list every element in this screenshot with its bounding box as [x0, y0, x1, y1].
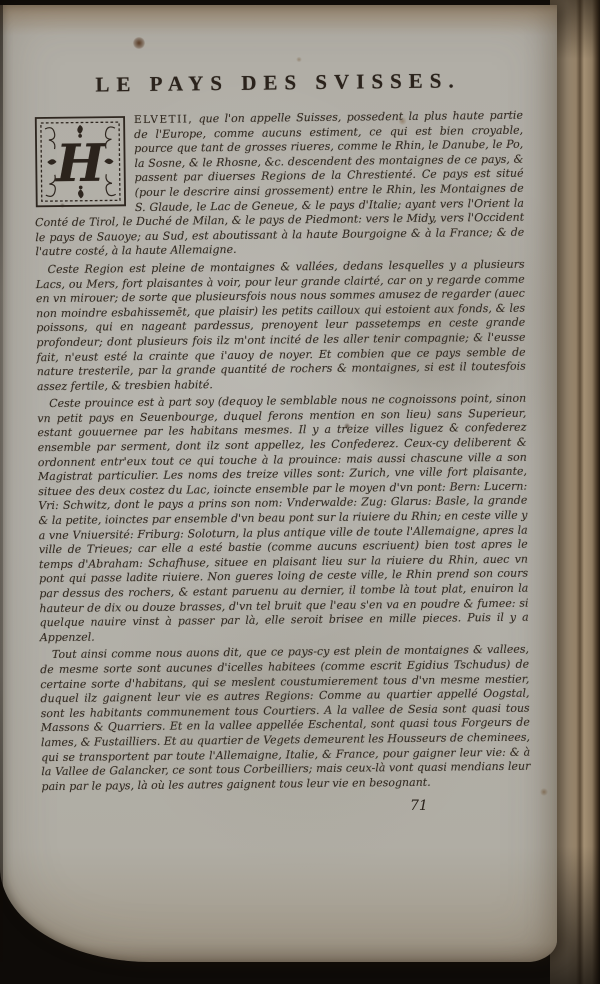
svg-text:H: H	[54, 134, 108, 195]
drop-cap-H-woodcut-initial: H	[34, 115, 127, 208]
page-title: LE PAYS DES SVISSES.	[0, 67, 557, 98]
body-paragraph: Ceste Region est pleine de montaignes & …	[36, 258, 526, 395]
book-photo: LE PAYS DES SVISSES.	[0, 0, 600, 984]
paragraph-text: Tout ainsi comme nous auons dit, que ce …	[40, 643, 530, 793]
body-paragraph: Ceste prouince est à part soy (dequoy le…	[37, 392, 529, 646]
lead-word: ELVETII,	[134, 113, 193, 126]
book-page: LE PAYS DES SVISSES.	[0, 5, 557, 962]
paragraph-text: Ceste Region est pleine de montaignes & …	[36, 258, 526, 393]
body-text: H ELVETII, que l'on appelle Suisses, pos…	[34, 109, 531, 795]
paragraph-text: Ceste prouince est à part soy (dequoy le…	[37, 392, 528, 644]
page-number: 71	[410, 798, 428, 814]
page-content: LE PAYS DES SVISSES.	[0, 0, 565, 798]
body-paragraph: Tout ainsi comme nous auons dit, que ce …	[40, 643, 531, 794]
body-paragraph: H ELVETII, que l'on appelle Suisses, pos…	[34, 109, 525, 260]
